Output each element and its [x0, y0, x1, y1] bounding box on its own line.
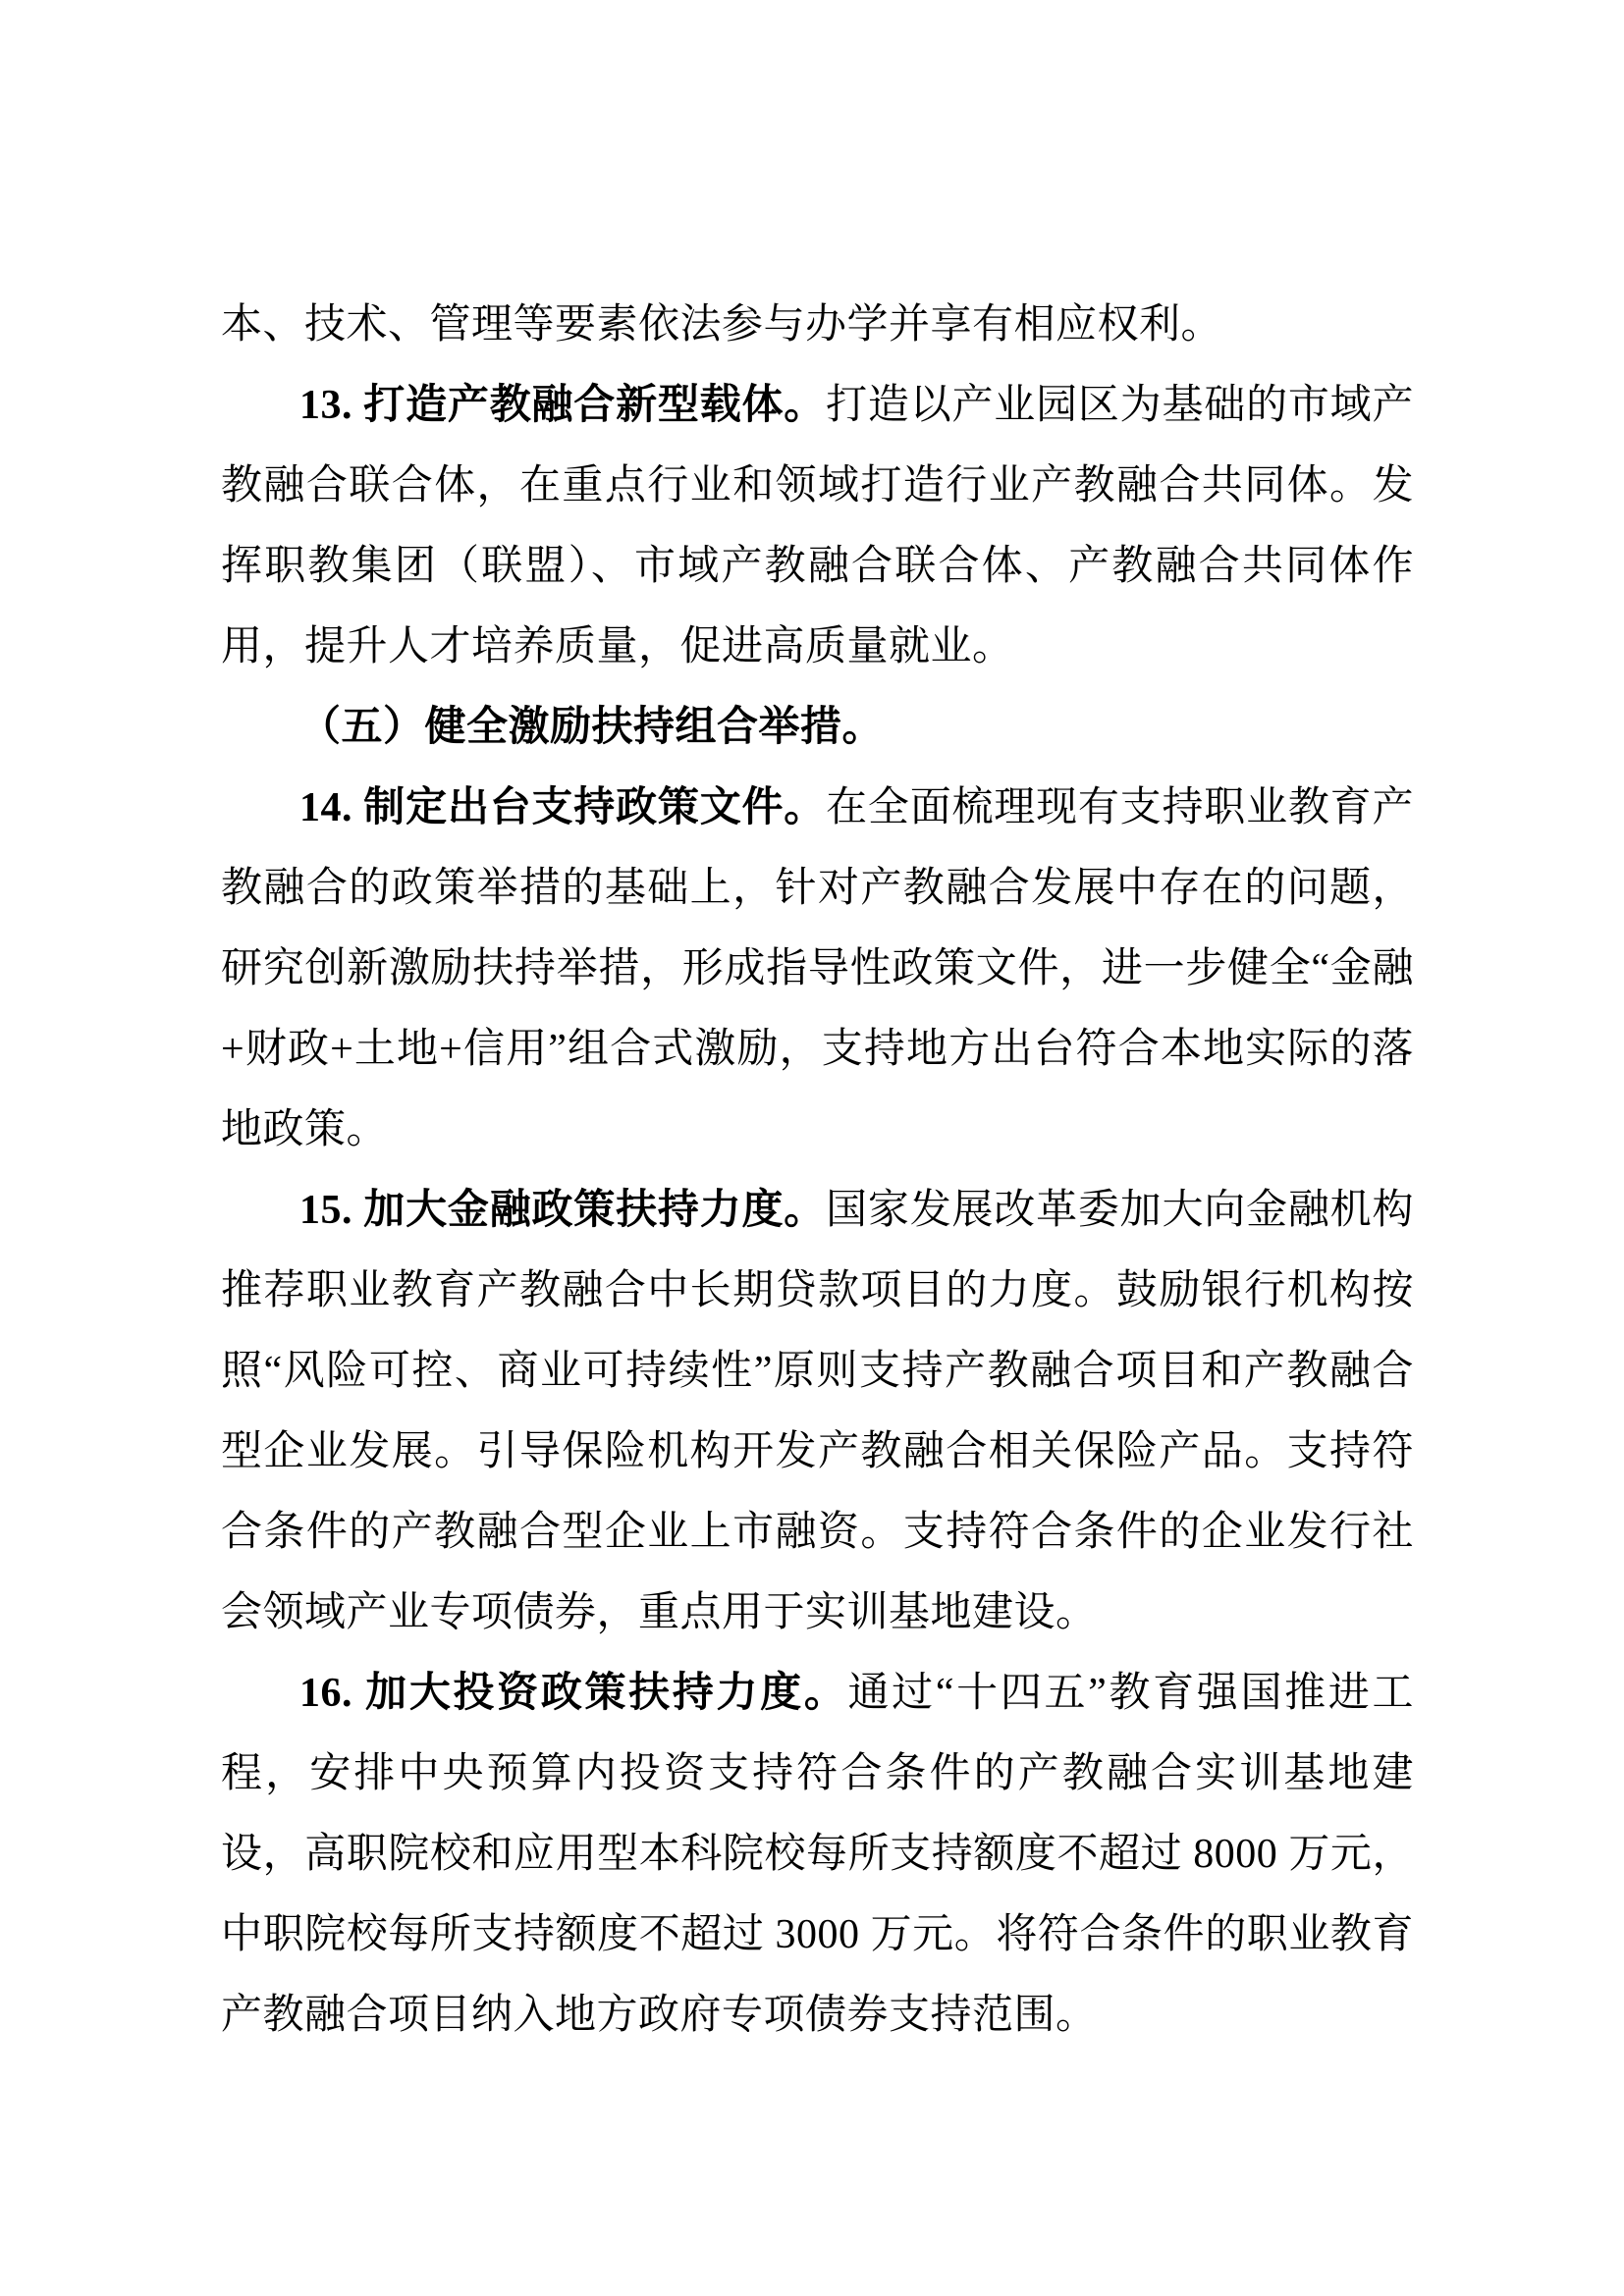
paragraph-text: 国家发展改革委加大向金融机构推荐职业教育产教融合中长期贷款项目的力度。鼓励银行机… [221, 1188, 1414, 1635]
paragraph-text: 在全面梳理现有支持职业教育产教融合的政策举措的基础上，针对产教融合发展中存在的问… [221, 785, 1414, 1152]
section-heading-text: （五）健全激励扶持组合举措。 [299, 705, 884, 750]
paragraph-lead: 16. 加大投资政策扶持力度。 [299, 1671, 848, 1716]
paragraph-lead: 14. 制定出台支持政策文件。 [299, 785, 826, 830]
section-heading-5: （五）健全激励扶持组合举措。 [221, 687, 1414, 768]
paragraph-item-13: 13. 打造产教融合新型载体。打造以产业园区为基础的市域产教融合联合体，在重点行… [221, 365, 1414, 687]
paragraph-text: 本、技术、管理等要素依法参与办学并享有相应权利。 [221, 302, 1222, 347]
document-page: 本、技术、管理等要素依法参与办学并享有相应权利。 13. 打造产教融合新型载体。… [0, 0, 1624, 2296]
paragraph-lead: 15. 加大金融政策扶持力度。 [299, 1188, 826, 1233]
paragraph-item-16: 16. 加大投资政策扶持力度。通过“十四五”教育强国推进工程，安排中央预算内投资… [221, 1653, 1414, 2056]
paragraph-lead: 13. 打造产教融合新型载体。 [299, 383, 826, 428]
paragraph-item-14: 14. 制定出台支持政策文件。在全面梳理现有支持职业教育产教融合的政策举措的基础… [221, 768, 1414, 1170]
paragraph-item-15: 15. 加大金融政策扶持力度。国家发展改革委加大向金融机构推荐职业教育产教融合中… [221, 1170, 1414, 1653]
paragraph-continuation: 本、技术、管理等要素依法参与办学并享有相应权利。 [221, 285, 1414, 365]
document-text-block: 本、技术、管理等要素依法参与办学并享有相应权利。 13. 打造产教融合新型载体。… [221, 285, 1414, 2056]
paragraph-text: 通过“十四五”教育强国推进工程，安排中央预算内投资支持符合条件的产教融合实训基地… [221, 1671, 1414, 2038]
